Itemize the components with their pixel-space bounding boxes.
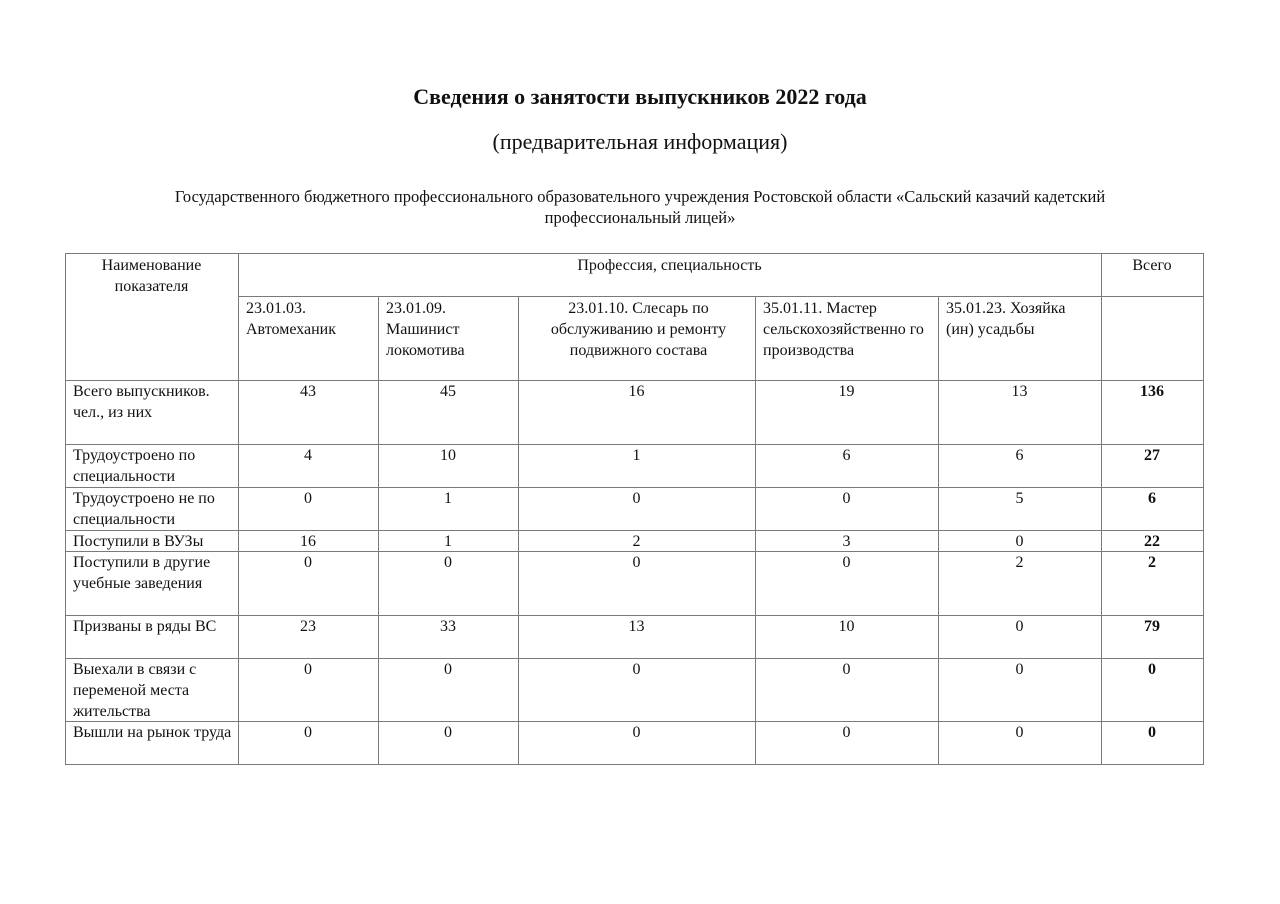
header-profession: 35.01.23. Хозяйка (ин) усадьбы (938, 298, 1101, 382)
row-value: 0 (238, 722, 378, 765)
row-value: 13 (518, 616, 755, 659)
row-value: 0 (938, 531, 1101, 552)
header-indicator: Наименование показателя (65, 255, 238, 382)
row-value: 0 (755, 722, 938, 765)
row-value: 1 (378, 531, 518, 552)
row-label: Всего выпускников. чел., из них (65, 381, 238, 445)
header-profession: 23.01.10. Слесарь по обслуживанию и ремо… (518, 298, 755, 382)
row-value: 0 (518, 722, 755, 765)
row-value: 23 (238, 616, 378, 659)
row-value: 0 (238, 488, 378, 531)
row-label: Трудоустроено не по специальности (65, 488, 238, 531)
table-border-right (1203, 253, 1204, 765)
row-total: 2 (1101, 552, 1203, 616)
row-label: Поступили в ВУЗы (65, 531, 238, 552)
row-total: 0 (1101, 659, 1203, 722)
row-value: 0 (518, 552, 755, 616)
row-total: 79 (1101, 616, 1203, 659)
row-total: 22 (1101, 531, 1203, 552)
row-value: 0 (938, 659, 1101, 722)
row-value: 0 (518, 659, 755, 722)
header-total: Всего (1101, 255, 1203, 298)
header-profession: 23.01.09. Машинист локомотива (378, 298, 518, 382)
row-value: 0 (755, 552, 938, 616)
row-value: 0 (378, 722, 518, 765)
row-value: 43 (238, 381, 378, 445)
row-value: 13 (938, 381, 1101, 445)
row-label: Вышли на рынок труда (65, 722, 238, 765)
row-value: 16 (238, 531, 378, 552)
row-value: 2 (518, 531, 755, 552)
row-value: 19 (755, 381, 938, 445)
row-value: 3 (755, 531, 938, 552)
row-value: 1 (518, 445, 755, 488)
row-value: 0 (238, 552, 378, 616)
row-value: 0 (238, 659, 378, 722)
row-total: 0 (1101, 722, 1203, 765)
header-profession: 23.01.03. Автомеханик (238, 298, 378, 382)
row-value: 5 (938, 488, 1101, 531)
row-value: 45 (378, 381, 518, 445)
row-value: 6 (755, 445, 938, 488)
row-value: 0 (378, 659, 518, 722)
row-value: 4 (238, 445, 378, 488)
row-total: 6 (1101, 488, 1203, 531)
header-profession-group: Профессия, специальность (238, 255, 1101, 298)
row-value: 10 (755, 616, 938, 659)
row-value: 0 (938, 616, 1101, 659)
row-value: 6 (938, 445, 1101, 488)
row-total: 27 (1101, 445, 1203, 488)
row-value: 33 (378, 616, 518, 659)
row-value: 0 (755, 659, 938, 722)
row-value: 0 (518, 488, 755, 531)
row-label: Призваны в ряды ВС (65, 616, 238, 659)
row-value: 0 (938, 722, 1101, 765)
row-value: 1 (378, 488, 518, 531)
row-value: 0 (755, 488, 938, 531)
row-label: Выехали в связи с переменой места житель… (65, 659, 238, 722)
row-value: 0 (378, 552, 518, 616)
row-value: 16 (518, 381, 755, 445)
table-border-top (65, 253, 1203, 254)
employment-table: Наименование показателяПрофессия, специа… (0, 0, 1280, 904)
row-value: 10 (378, 445, 518, 488)
row-total: 136 (1101, 381, 1203, 445)
row-label: Поступили в другие учебные заведения (65, 552, 238, 616)
header-profession: 35.01.11. Мастер сельскохозяйственно го … (755, 298, 938, 382)
row-value: 2 (938, 552, 1101, 616)
row-label: Трудоустроено по специальности (65, 445, 238, 488)
